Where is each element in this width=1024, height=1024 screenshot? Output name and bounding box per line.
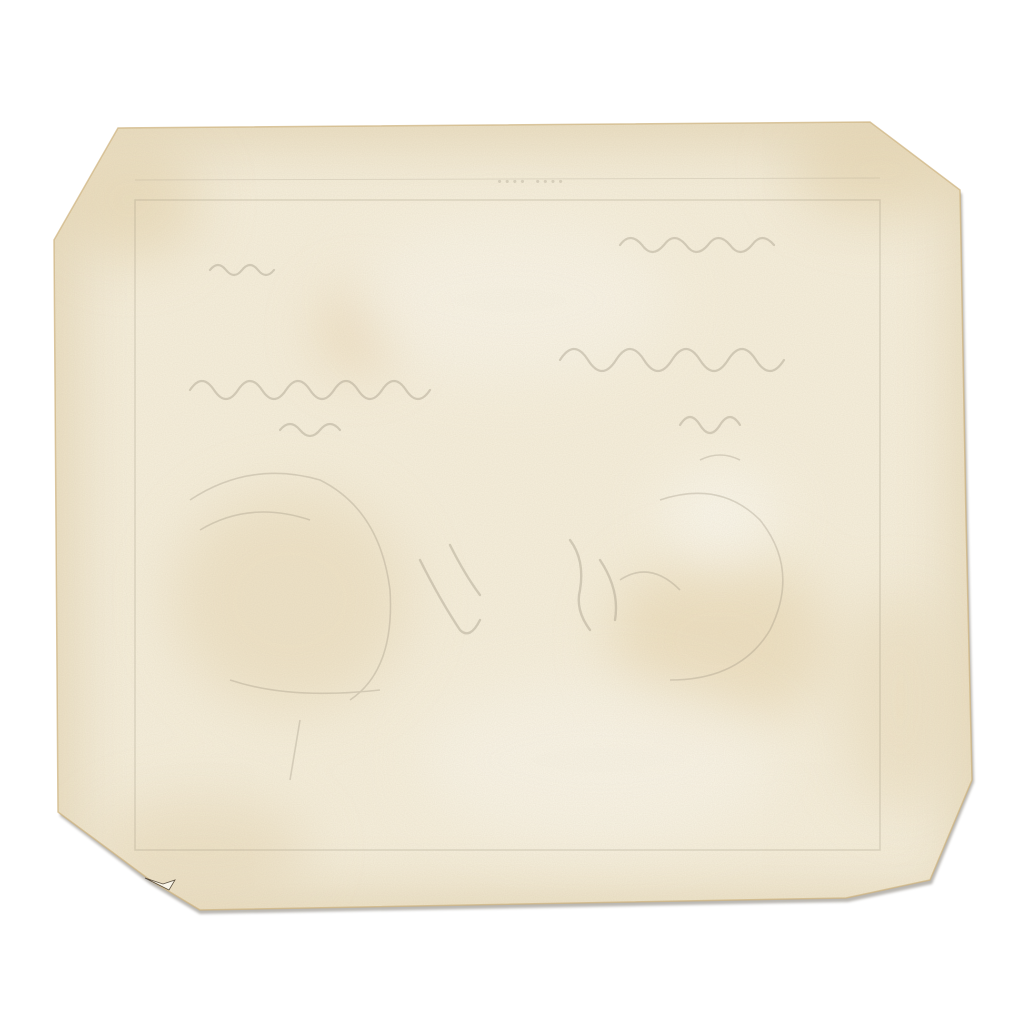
photo-stage: ···· ···· (0, 0, 1024, 1024)
banknote-reverse: ···· ···· (0, 0, 1024, 1024)
paper-texture: ···· ···· (40, 110, 990, 930)
